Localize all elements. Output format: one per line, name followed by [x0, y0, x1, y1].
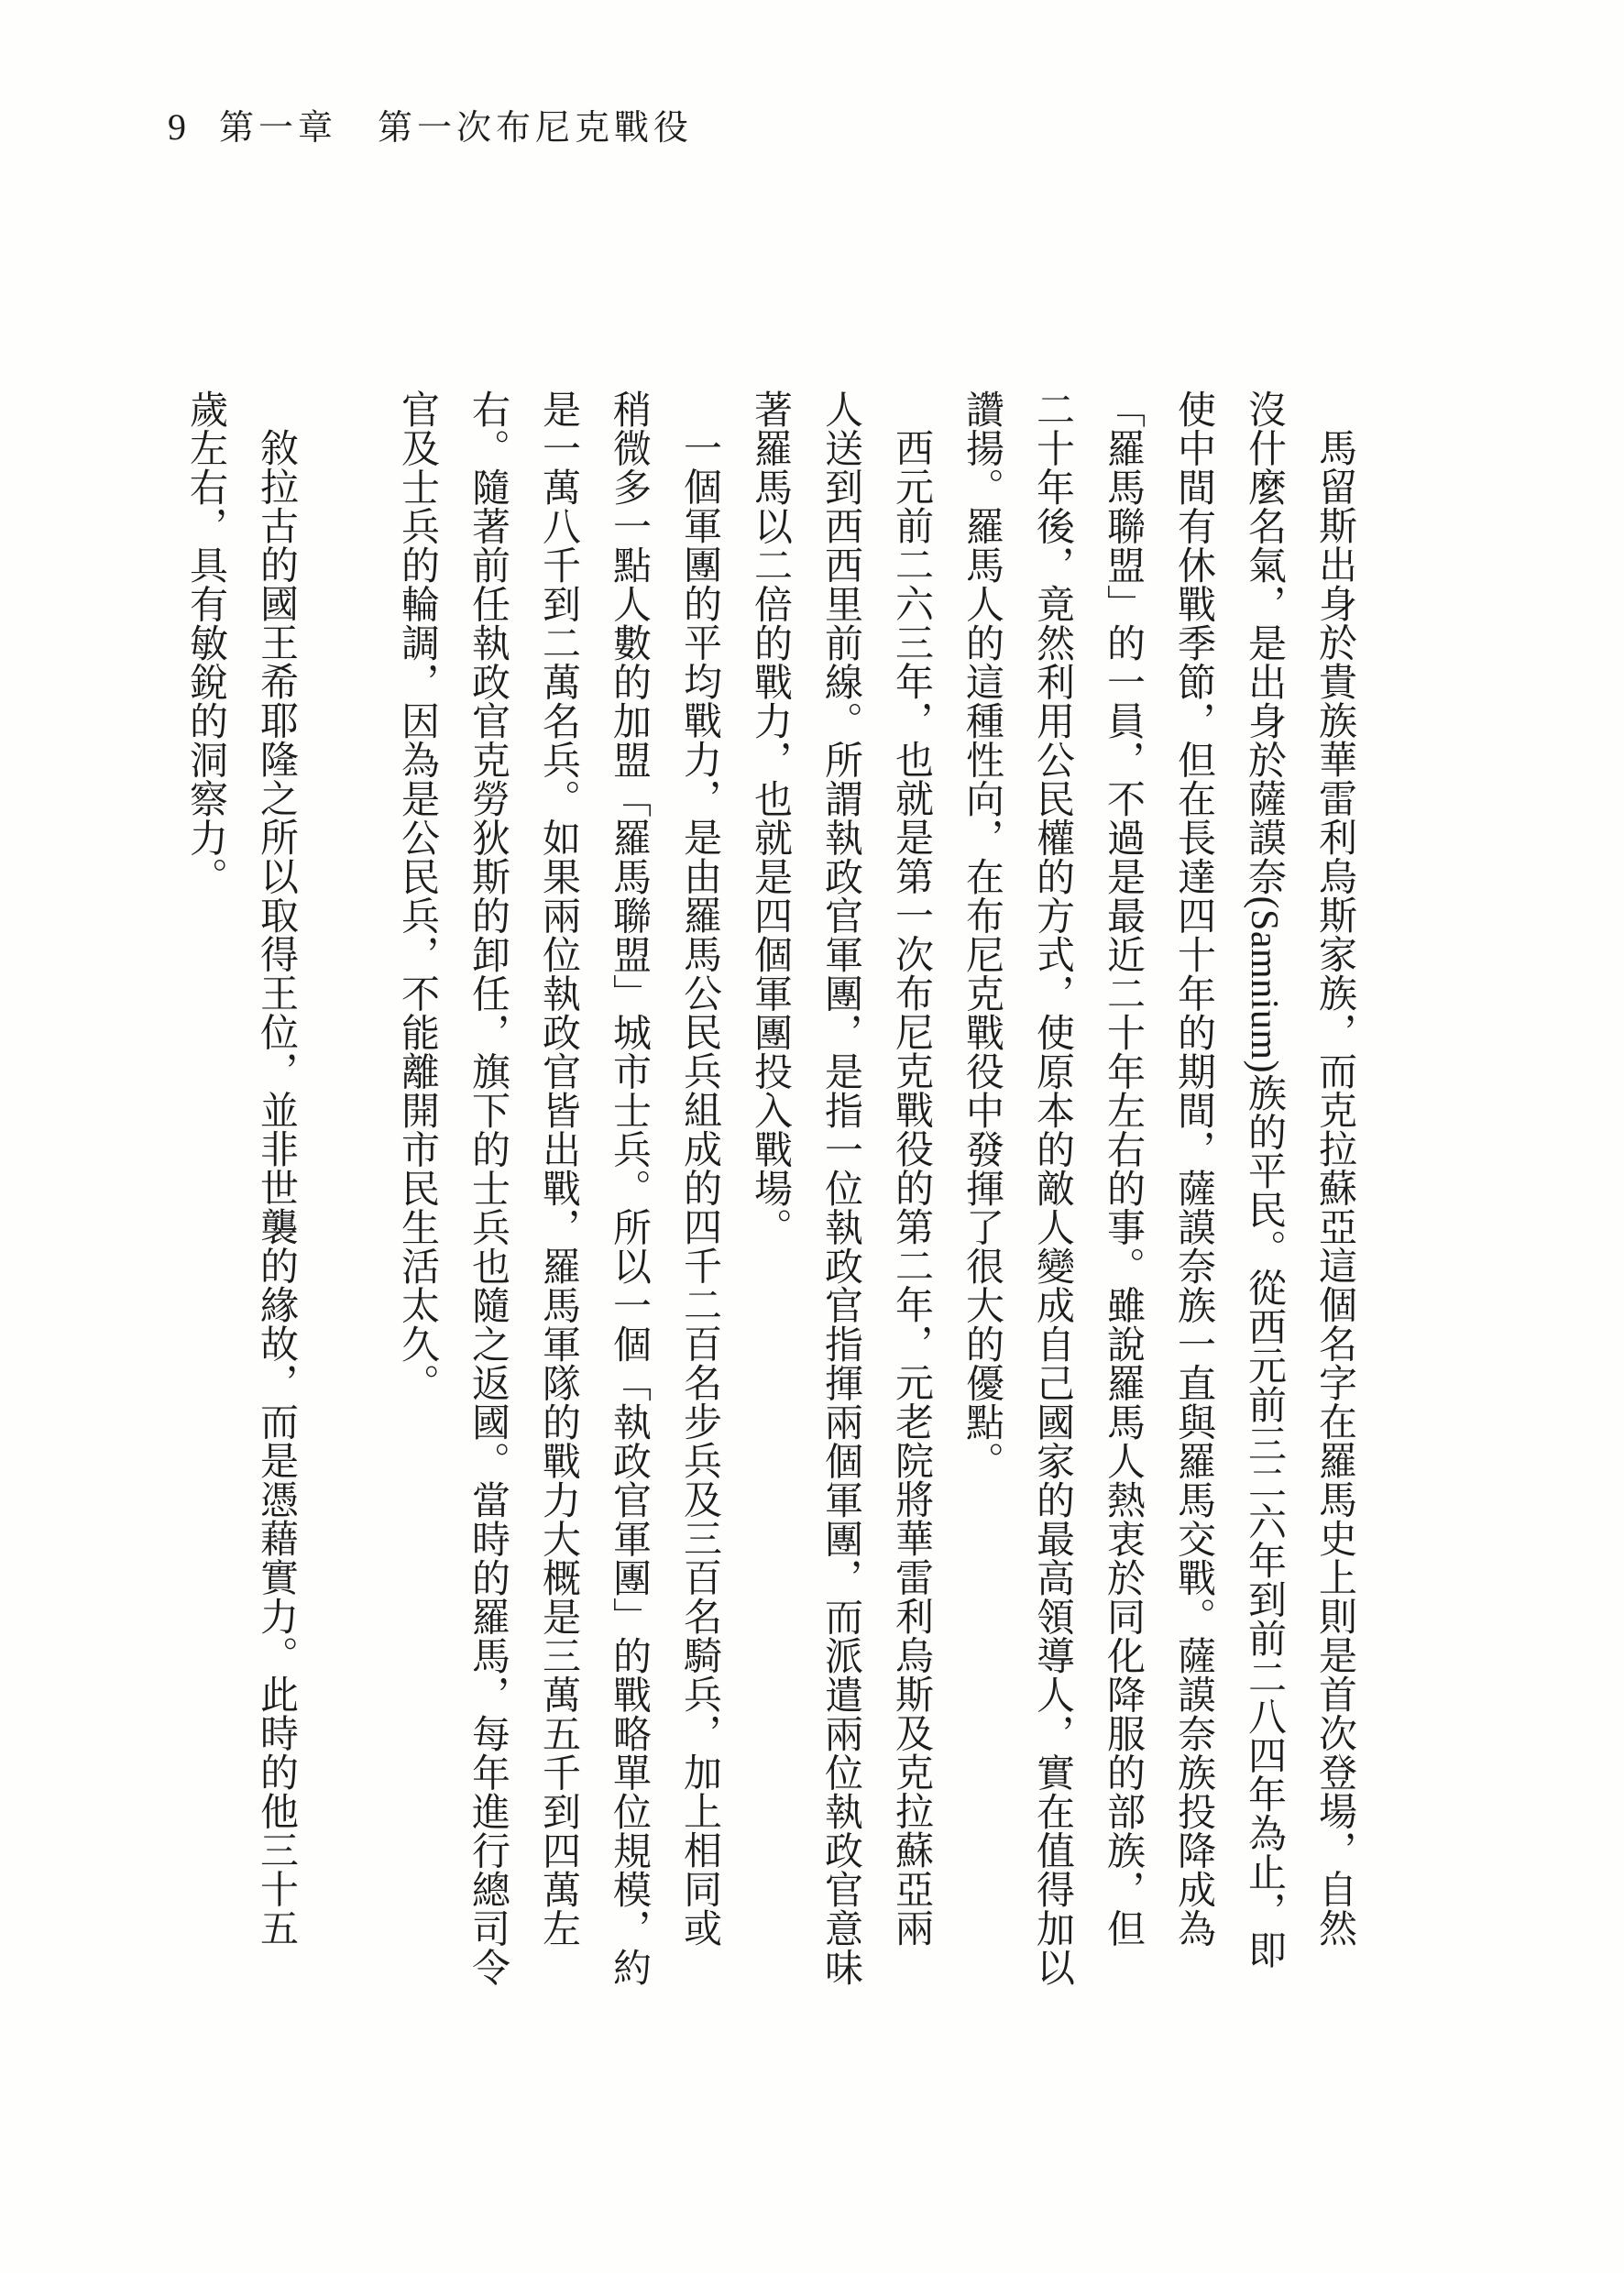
text-column-line: 敘拉古的國王希耶隆之所以取得王位，並非世襲的緣故，而是憑藉實力。此時的他三十五	[240, 390, 311, 2004]
running-head: 9 第一章 第一次布尼克戰役	[168, 99, 693, 149]
text-column-line: 稍微多一點人數的加盟「羅馬聯盟」城市士兵。所以一個「執政官軍團」的戰略單位規模，…	[593, 390, 664, 2004]
chapter-label: 第一章	[219, 99, 337, 149]
page-number: 9	[168, 105, 186, 148]
paragraph: 西元前二六三年，也就是第一次布尼克戰役的第二年，元老院將華雷利烏斯及克拉蘇亞兩人…	[734, 390, 946, 2004]
book-page: 9 第一章 第一次布尼克戰役 馬留斯出身於貴族華雷利烏斯家族，而克拉蘇亞這個名字…	[0, 0, 1624, 2273]
text-column-line: 人送到西西里前線。所謂執政官軍團，是指一位執政官指揮兩個軍團，而派遣兩位執政官意…	[805, 390, 875, 2004]
text-column-line: 著羅馬以二倍的戰力，也就是四個軍團投入戰場。	[734, 390, 805, 2004]
paragraph: 敘拉古的國王希耶隆之所以取得王位，並非世襲的緣故，而是憑藉實力。此時的他三十五歲…	[170, 390, 311, 2004]
text-column-line: 「羅馬聯盟」的一員，不過是最近二十年左右的事。雖說羅馬人熱衷於同化降服的部族，但	[1087, 390, 1158, 2004]
text-column-line: 西元前二六三年，也就是第一次布尼克戰役的第二年，元老院將華雷利烏斯及克拉蘇亞兩	[875, 390, 946, 2004]
chapter-title: 第一次布尼克戰役	[378, 99, 693, 149]
paragraph: 馬留斯出身於貴族華雷利烏斯家族，而克拉蘇亞這個名字在羅馬史上則是首次登場，自然沒…	[946, 390, 1369, 2004]
text-column-line: 沒什麼名氣，是出身於薩謨奈(Samnium)族的平民。從西元前三二六年到前二八四…	[1228, 390, 1299, 2004]
body-text: 馬留斯出身於貴族華雷利烏斯家族，而克拉蘇亞這個名字在羅馬史上則是首次登場，自然沒…	[170, 390, 1369, 2004]
paragraph: 一個軍團的平均戰力，是由羅馬公民兵組成的四千二百名步兵及三百名騎兵，加上相同或稍…	[381, 390, 734, 2004]
text-column-line: 是一萬八千到二萬名兵。如果兩位執政官皆出戰，羅馬軍隊的戰力大概是三萬五千到四萬左	[522, 390, 593, 2004]
text-column-line: 右。隨著前任執政官克勞狄斯的卸任，旗下的士兵也隨之返國。當時的羅馬，每年進行總司…	[452, 390, 522, 2004]
text-column-line: 馬留斯出身於貴族華雷利烏斯家族，而克拉蘇亞這個名字在羅馬史上則是首次登場，自然	[1299, 390, 1369, 2004]
text-column-line: 官及士兵的輪調，因為是公民兵，不能離開市民生活太久。	[381, 390, 452, 2004]
text-column-line: 讚揚。羅馬人的這種性向，在布尼克戰役中發揮了很大的優點。	[946, 390, 1016, 2004]
text-column-line: 歲左右，具有敏銳的洞察力。	[170, 390, 240, 2004]
text-column-line: 二十年後，竟然利用公民權的方式，使原本的敵人變成自己國家的最高領導人，實在值得加…	[1016, 390, 1087, 2004]
text-column-line: 使中間有休戰季節，但在長達四十年的期間，薩謨奈族一直與羅馬交戰。薩謨奈族投降成為	[1158, 390, 1228, 2004]
text-column-line: 一個軍團的平均戰力，是由羅馬公民兵組成的四千二百名步兵及三百名騎兵，加上相同或	[664, 390, 734, 2004]
